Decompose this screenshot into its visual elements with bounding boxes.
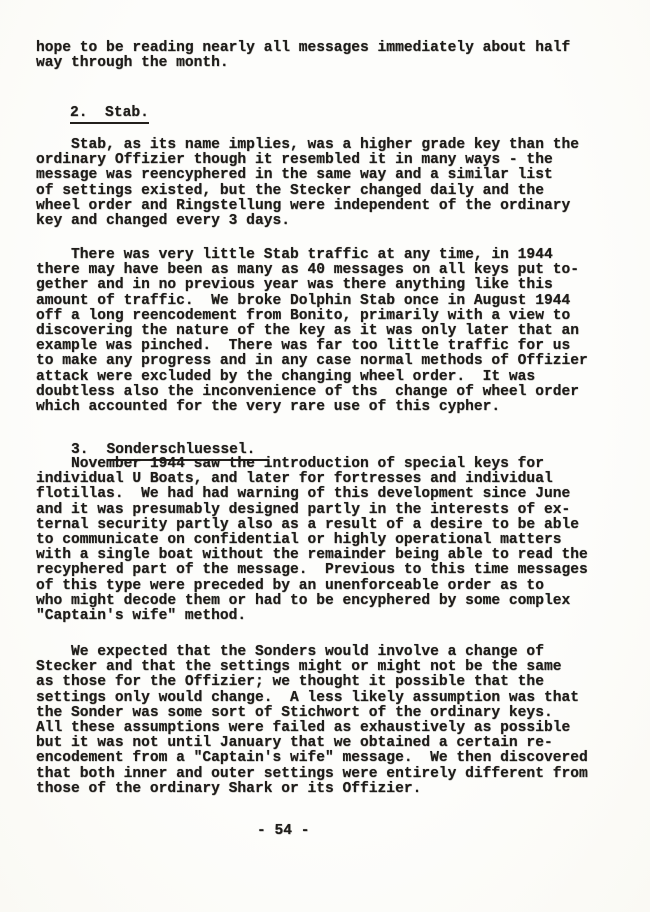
paragraph-stab-1: Stab, as its name implies, was a higher … <box>36 138 579 229</box>
paragraph-stab-2: There was very little Stab traffic at an… <box>36 248 588 415</box>
page-number: - 54 - <box>257 824 310 839</box>
section-heading-stab-label: 2. Stab. <box>70 105 149 124</box>
section-heading-stab: 2. Stab. <box>35 91 149 137</box>
paragraph-sonderschluessel-1: November 1944 saw the introduction of sp… <box>36 457 588 624</box>
intro-paragraph-continuation: hope to be reading nearly all messages i… <box>36 41 570 71</box>
document-page: hope to be reading nearly all messages i… <box>0 0 650 912</box>
paragraph-sonderschluessel-2: We expected that the Sonders would invol… <box>36 645 588 797</box>
